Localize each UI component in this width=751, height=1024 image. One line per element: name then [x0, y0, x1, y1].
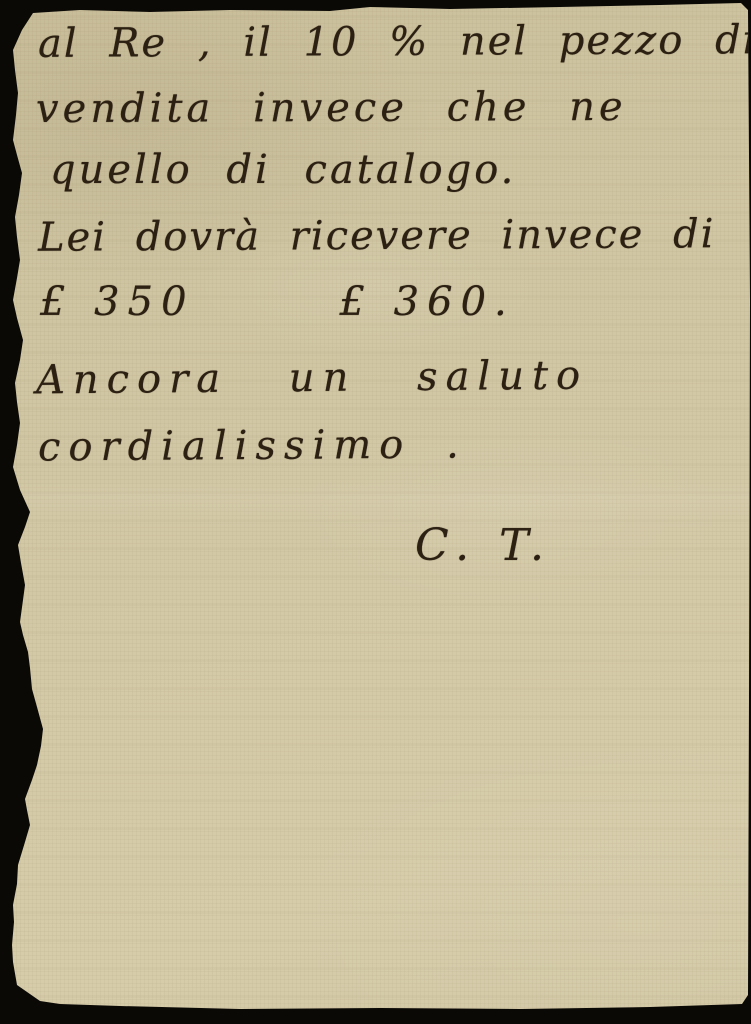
letter-line-2: vendita invece che ne [36, 85, 627, 131]
letter-line-amounts: £ 350 £ 360. [40, 280, 515, 324]
scanned-letter-page: al Re , il 10 % nel pezzo di vendita inv… [0, 0, 751, 1024]
letter-line-7: cordialissimo . [38, 423, 467, 470]
letter-line-6: Ancora un saluto [36, 354, 589, 403]
signature-initials: C. T. [415, 522, 552, 570]
letter-line-1: al Re , il 10 % nel pezzo di [38, 18, 751, 66]
paper-sheet: al Re , il 10 % nel pezzo di vendita inv… [0, 0, 751, 1024]
letter-line-4: Lei dovrà ricevere invece di [38, 212, 716, 260]
letter-line-3: quello di catalogo. [50, 148, 516, 192]
